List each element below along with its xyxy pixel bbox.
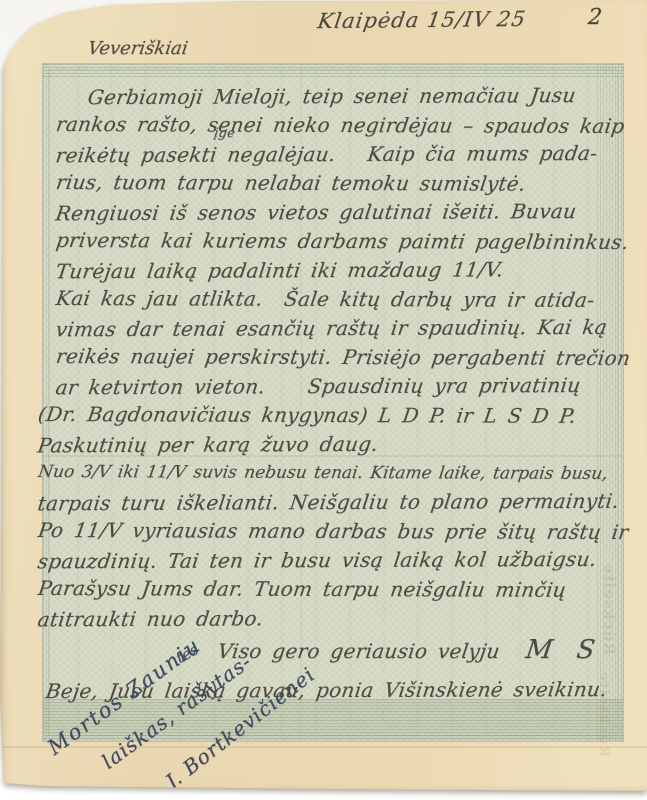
- letter-body: Gerbiamoji Mieloji, teip senei nemačiau …: [46, 82, 644, 705]
- paper-shadow-wrap: Rückseite Rückseite Klaipėda 15/IV 25 2 …: [0, 0, 647, 800]
- page-number: 2: [587, 5, 603, 30]
- letter-line: rius, tuom tarpu nelabai temoku sumislyt…: [54, 168, 646, 199]
- letter-line: Paskutinių per karą žuvo daug.: [36, 429, 646, 461]
- place-name: Veveriškiai: [86, 38, 189, 59]
- letter-line: Kai kas jau atlikta. Šale kitų darbų yra…: [54, 284, 646, 315]
- closing-row: Viso gero geriausio velyjuM S: [216, 635, 646, 665]
- bottom-fold-crease: [0, 746, 647, 748]
- signature-initials: M S: [524, 635, 603, 665]
- letter-line: Nuo 3/V iki 11/V suvis nebusu tenai. Kit…: [36, 458, 646, 489]
- dateline: Klaipėda 15/IV 25: [316, 7, 528, 33]
- letter-line: Rengiuosi iš senos vietos galutinai išei…: [54, 197, 646, 229]
- interline-correction: įgė: [213, 126, 236, 141]
- letter-line: reikės naujei perskirstyti. Prisiėjo per…: [54, 342, 646, 373]
- letter-line: Po 11/V vyriausias mano darbas bus prie …: [36, 516, 646, 547]
- scan-background: Rückseite Rückseite Klaipėda 15/IV 25 2 …: [0, 0, 647, 800]
- letter-line: (Dr. Bagdonavičiaus knygynas) L D P. ir …: [36, 400, 646, 431]
- letter-line: Gerbiamoji Mieloji, teip senei nemačiau …: [54, 81, 646, 113]
- letter-line: priversta kai kuriems darbams paimti pag…: [54, 226, 646, 257]
- letter-line: atitraukti nuo darbo.: [36, 603, 646, 635]
- closing-text: Viso gero geriausio velyju: [216, 639, 501, 663]
- letter-line: vimas dar tenai esančių raštų ir spaudin…: [54, 313, 646, 345]
- letter-line: Parašysu Jums dar. Tuom tarpu neišgaliu …: [36, 574, 646, 605]
- panel-top-band: [43, 64, 623, 77]
- letter-line: Turėjau laiką padalinti iki maždaug 11/V…: [54, 255, 646, 287]
- letter-line: spauzdinių. Tai ten ir busu visą laiką k…: [36, 545, 646, 577]
- letter-paper: Rückseite Rückseite Klaipėda 15/IV 25 2 …: [0, 0, 647, 792]
- letter-line: rankos rašto, senei nieko negirdėjau – s…: [54, 110, 646, 141]
- letter-line: ar ketvirton vieton. Spausdinių yra priv…: [54, 371, 646, 403]
- letter-line: tarpais turu iškelianti. Neišgaliu to pl…: [36, 487, 646, 519]
- letter-line: reikėtų pasekti negalėjau. Kaip čia mums…: [54, 139, 646, 171]
